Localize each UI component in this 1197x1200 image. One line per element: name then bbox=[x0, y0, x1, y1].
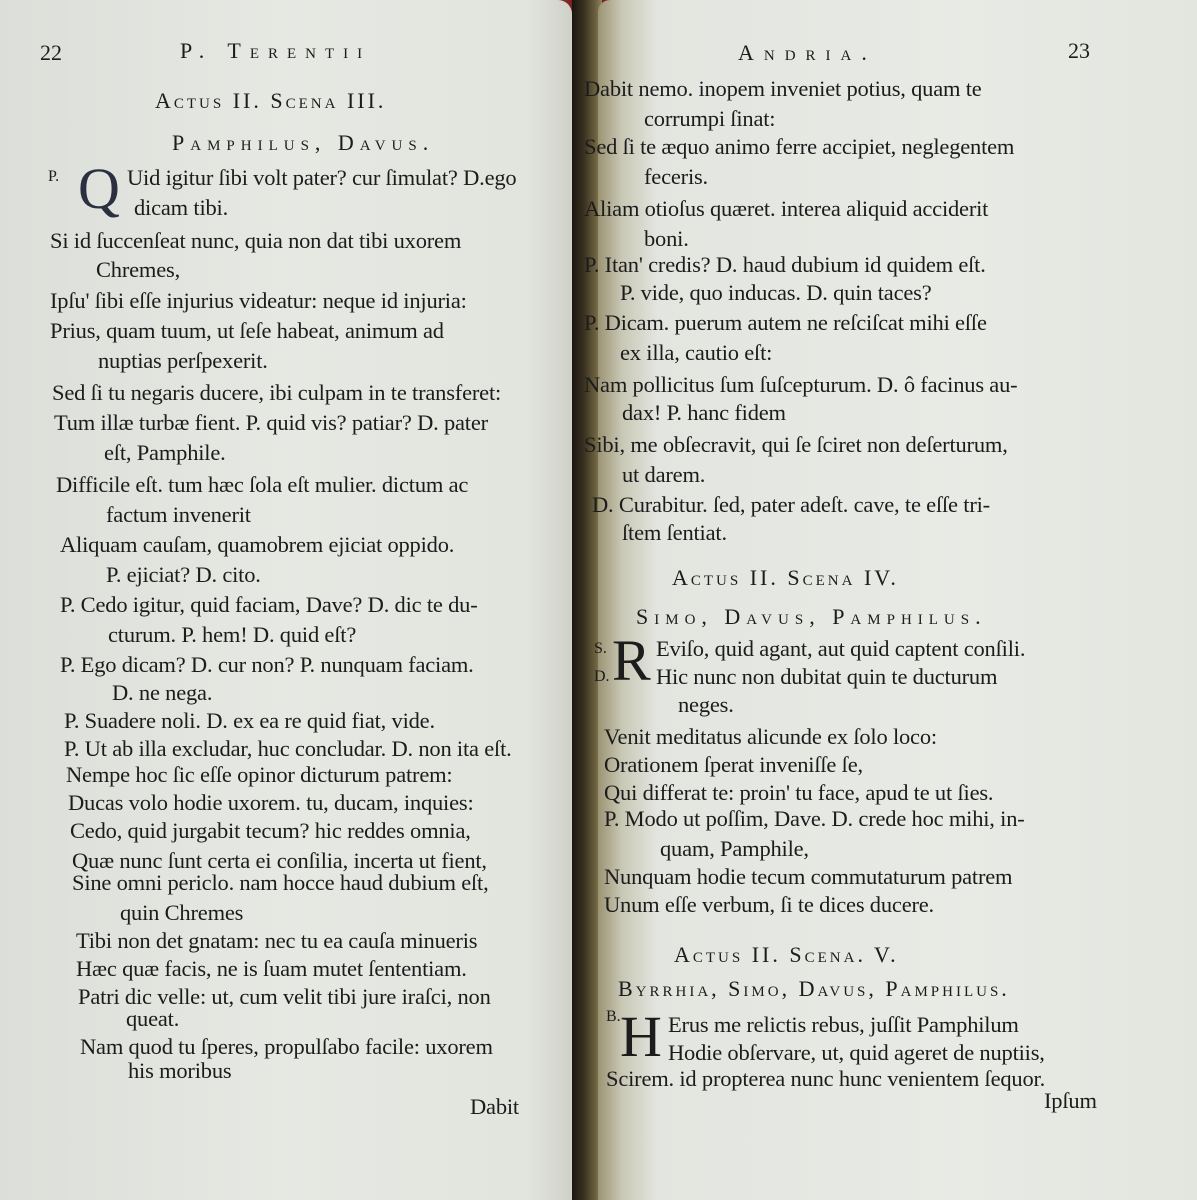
running-head: Andria. bbox=[738, 40, 877, 66]
speaker-label: D. bbox=[594, 668, 610, 686]
text-line: Tum illæ turbæ fient. P. quid vis? patia… bbox=[54, 410, 488, 436]
text-line: Uid igitur ſibi volt pater? cur ſimulat?… bbox=[127, 165, 516, 191]
text-line: Aliam otioſus quæret. interea aliquid ac… bbox=[584, 196, 988, 222]
text-line: Aliquam cauſam, quamobrem ejiciat oppido… bbox=[60, 532, 454, 558]
left-page: 22 P. Terentii Actus II. Scena III. Pamp… bbox=[0, 0, 572, 1200]
text-line: eſt, Pamphile. bbox=[104, 440, 226, 466]
text-line: Si id ſuccenſeat nunc, quia non dat tibi… bbox=[50, 228, 461, 254]
right-page: Andria. 23 Dabit nemo. inopem inveniet p… bbox=[598, 0, 1197, 1200]
text-line: neges. bbox=[678, 692, 734, 718]
text-line: Nam pollicitus ſum ſuſcepturum. D. ô fac… bbox=[584, 372, 1017, 398]
text-line: ut darem. bbox=[622, 462, 705, 488]
scene-characters: Simo, Davus, Pamphilus. bbox=[636, 604, 987, 630]
text-line: P. Modo ut poſſim, Dave. D. crede hoc mi… bbox=[604, 806, 1025, 832]
text-line: P. Ut ab illa excludar, huc concludar. D… bbox=[64, 736, 512, 762]
text-line: dicam tibi. bbox=[134, 195, 228, 221]
text-line: Sibi, me obſecravit, qui ſe ſciret non d… bbox=[584, 432, 1008, 458]
text-line: Sed ſi te æquo animo ferre accipiet, neg… bbox=[584, 134, 1014, 160]
catchword: Dabit bbox=[470, 1094, 519, 1120]
drop-cap: H bbox=[620, 1008, 662, 1066]
text-line: P. Suadere noli. D. ex ea re quid fiat, … bbox=[64, 708, 435, 734]
text-line: Hodie obſervare, ut, quid ageret de nupt… bbox=[668, 1040, 1045, 1066]
text-line: dax! P. hanc fidem bbox=[622, 400, 786, 426]
text-line: Nempe hoc ſic eſſe opinor dicturum patre… bbox=[66, 762, 452, 788]
speaker-label: S. bbox=[594, 640, 607, 658]
text-line: D. Curabitur. ſed, pater adeſt. cave, te… bbox=[592, 492, 990, 518]
text-line: P. vide, quo inducas. D. quin taces? bbox=[620, 280, 932, 306]
text-line: Qui differat te: proin' tu face, apud te… bbox=[604, 780, 993, 806]
text-line: feceris. bbox=[644, 164, 708, 190]
text-line: Dabit nemo. inopem inveniet potius, quam… bbox=[584, 76, 982, 102]
text-line: Prius, quam tuum, ut ſeſe habeat, animum… bbox=[50, 318, 444, 344]
text-line: quam, Pamphile, bbox=[660, 836, 809, 862]
text-line: corrumpi ſinat: bbox=[644, 106, 775, 132]
speaker-label: B. bbox=[606, 1008, 621, 1026]
running-head: P. Terentii bbox=[180, 38, 371, 64]
text-line: Chremes, bbox=[96, 257, 180, 283]
text-line: cturum. P. hem! D. quid eſt? bbox=[108, 622, 356, 648]
text-line: Erus me relictis rebus, juſſit Pamphilum bbox=[668, 1012, 1019, 1038]
drop-cap: R bbox=[612, 632, 651, 690]
drop-cap: Q bbox=[78, 160, 120, 218]
page-number: 22 bbox=[40, 40, 62, 66]
catchword: Ipſum bbox=[1044, 1088, 1097, 1114]
text-line: Ipſu' ſibi eſſe injurius videatur: neque… bbox=[50, 288, 467, 314]
speaker-label: P. bbox=[48, 168, 59, 186]
text-line: D. ne nega. bbox=[112, 680, 212, 706]
page-number: 23 bbox=[1068, 38, 1090, 64]
scene-heading: Actus II. Scena IV. bbox=[672, 565, 899, 591]
scene-heading: Actus II. Scena III. bbox=[155, 88, 386, 114]
text-line: boni. bbox=[644, 226, 689, 252]
text-line: Sed ſi tu negaris ducere, ibi culpam in … bbox=[52, 380, 501, 406]
text-line: Scirem. id propterea nunc hunc venientem… bbox=[606, 1066, 1045, 1092]
text-line: Nunquam hodie tecum commutaturum patrem bbox=[604, 864, 1012, 890]
text-line: Unum eſſe verbum, ſi te dices ducere. bbox=[604, 892, 934, 918]
text-line: Cedo, quid jurgabit tecum? hic reddes om… bbox=[70, 818, 471, 844]
scene-characters: Byrrhia, Simo, Davus, Pamphilus. bbox=[618, 976, 1010, 1002]
text-line: factum invenerit bbox=[106, 502, 251, 528]
text-line: ex illa, cautio eſt: bbox=[620, 340, 772, 366]
text-line: Tibi non det gnatam: nec tu ea cauſa min… bbox=[76, 928, 477, 954]
text-line: ſtem ſentiat. bbox=[622, 520, 727, 546]
text-line: Difficile eſt. tum hæc ſola eſt mulier. … bbox=[56, 472, 468, 498]
text-line: P. Cedo igitur, quid faciam, Dave? D. di… bbox=[60, 592, 478, 618]
text-line: quin Chremes bbox=[120, 900, 243, 926]
text-line: P. Dicam. puerum autem ne reſciſcat mihi… bbox=[584, 310, 987, 336]
scene-heading: Actus II. Scena. V. bbox=[674, 942, 899, 968]
text-line: his moribus bbox=[128, 1058, 231, 1084]
text-line: Sine omni periclo. nam hocce haud dubium… bbox=[72, 870, 489, 896]
text-line: Orationem ſperat inveniſſe ſe, bbox=[604, 752, 863, 778]
text-line: P. ejiciat? D. cito. bbox=[106, 562, 261, 588]
text-line: P. Itan' credis? D. haud dubium id quide… bbox=[584, 252, 986, 278]
text-line: Ducas volo hodie uxorem. tu, ducam, inqu… bbox=[68, 790, 474, 816]
text-line: queat. bbox=[126, 1006, 179, 1032]
text-line: Hæc quæ facis, ne is ſuam mutet ſententi… bbox=[76, 956, 467, 982]
scene-characters: Pamphilus, Davus. bbox=[172, 130, 434, 156]
text-line: Venit meditatus alicunde ex ſolo loco: bbox=[604, 724, 937, 750]
text-line: Hic nunc non dubitat quin te ducturum bbox=[656, 664, 997, 690]
text-line: nuptias perſpexerit. bbox=[98, 348, 268, 374]
text-line: P. Ego dicam? D. cur non? P. nunquam fac… bbox=[60, 652, 474, 678]
text-line: Eviſo, quid agant, aut quid captent conſ… bbox=[656, 636, 1025, 662]
text-line: Nam quod tu ſperes, propulſabo facile: u… bbox=[80, 1034, 493, 1060]
